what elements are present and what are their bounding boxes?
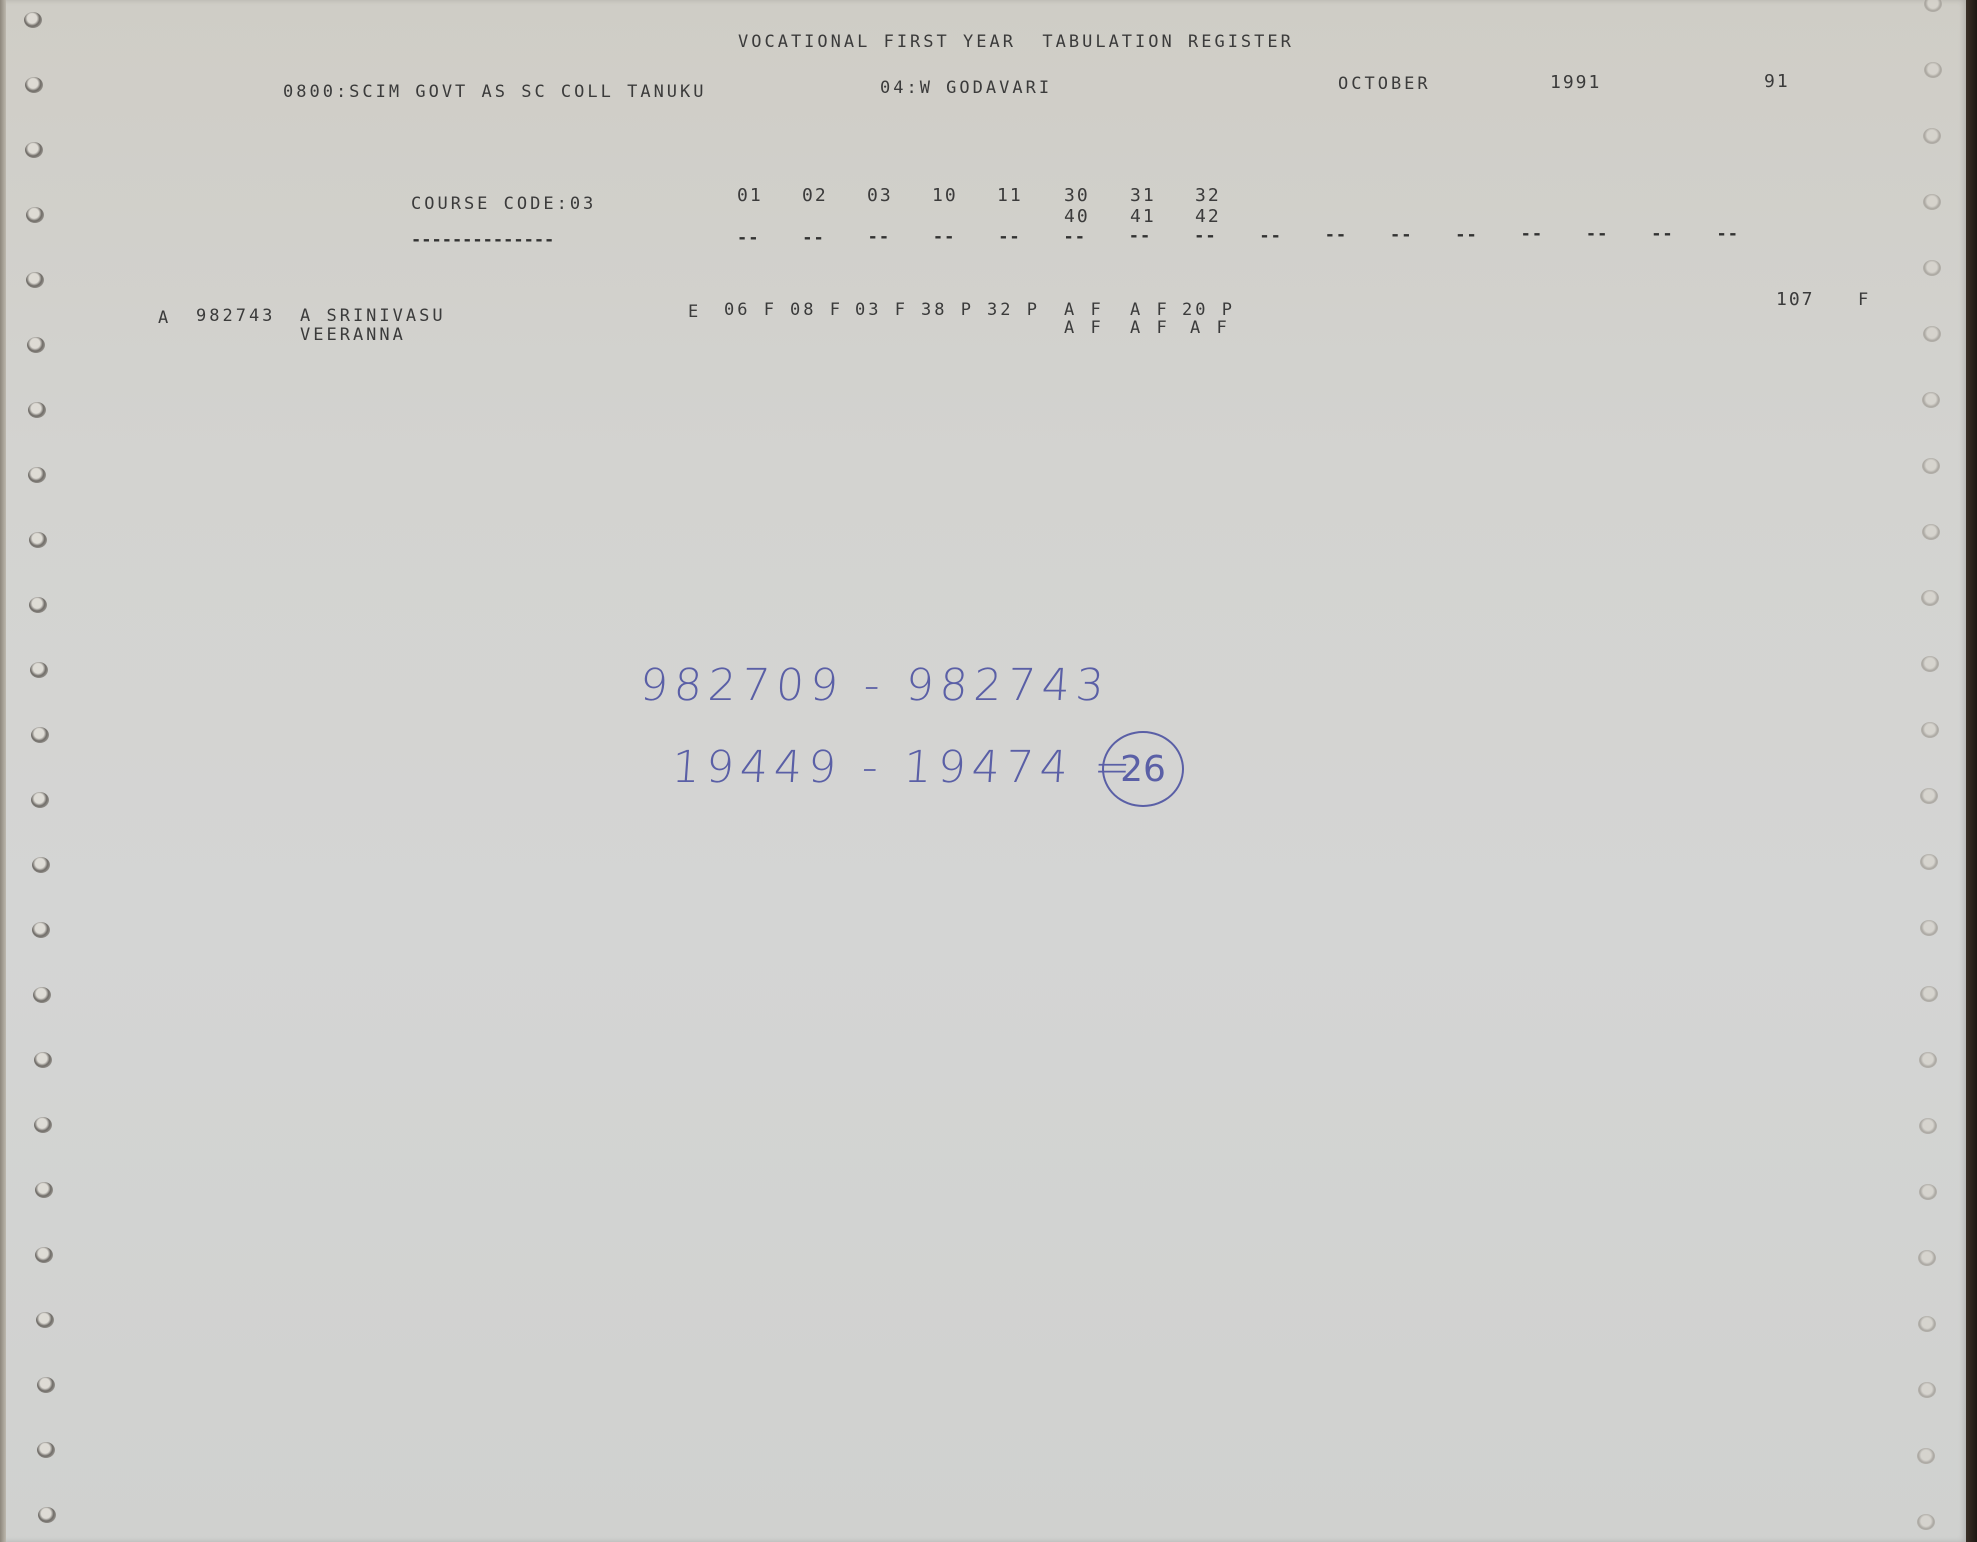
feed-hole-icon bbox=[37, 1442, 55, 1458]
subject-code: 10 bbox=[932, 185, 958, 206]
feed-hole-icon bbox=[1921, 590, 1939, 606]
feed-hole-icon bbox=[1923, 194, 1941, 210]
subject-mark: 06 F bbox=[724, 300, 777, 320]
column-separator: -- bbox=[1651, 224, 1673, 244]
column-separator: -- bbox=[1325, 225, 1347, 245]
feed-hole-icon bbox=[32, 857, 50, 873]
subject-code: 31 bbox=[1130, 185, 1156, 206]
column-separator: -- bbox=[1521, 224, 1543, 244]
column-separator: -- bbox=[737, 228, 759, 248]
subject-code: 03 bbox=[867, 185, 893, 206]
subject-mark: A F bbox=[1064, 300, 1104, 320]
feed-hole-icon bbox=[1918, 1382, 1936, 1398]
handwritten-range-hall-tickets: 982709 - 982743 bbox=[638, 660, 1111, 711]
feed-hole-icon bbox=[1917, 1514, 1935, 1530]
student-category: A bbox=[158, 308, 171, 328]
feed-hole-icon bbox=[35, 1247, 53, 1263]
feed-hole-icon bbox=[25, 77, 43, 93]
subject-mark: 20 P bbox=[1182, 300, 1235, 320]
subject-mark: 38 P bbox=[921, 300, 974, 320]
feed-hole-icon bbox=[35, 1182, 53, 1198]
subject-code: 41 bbox=[1130, 206, 1156, 227]
feed-hole-icon bbox=[29, 597, 47, 613]
handwritten-range-serial: 19449 - 19474 = bbox=[670, 742, 1138, 793]
subject-mark: A F bbox=[1190, 318, 1230, 338]
feed-hole-icon bbox=[1919, 1052, 1937, 1068]
feed-hole-icon bbox=[33, 987, 51, 1003]
feed-hole-icon bbox=[1922, 458, 1940, 474]
subject-code: 40 bbox=[1064, 206, 1090, 227]
final-result: F bbox=[1858, 290, 1871, 310]
column-separator: -- bbox=[1129, 226, 1151, 246]
feed-hole-icon bbox=[31, 727, 49, 743]
feed-hole-icon bbox=[38, 1507, 56, 1523]
column-separator: -- bbox=[868, 227, 890, 247]
feed-hole-icon bbox=[1918, 1250, 1936, 1266]
feed-hole-icon bbox=[1923, 260, 1941, 276]
feed-hole-icon bbox=[1918, 1316, 1936, 1332]
total-marks: 107 bbox=[1776, 289, 1815, 310]
feed-hole-icon bbox=[28, 402, 46, 418]
feed-hole-icon bbox=[26, 272, 44, 288]
subject-code: 32 bbox=[1195, 185, 1221, 206]
exam-year: 1991 bbox=[1550, 72, 1601, 93]
column-separator: -- bbox=[1390, 225, 1412, 245]
subject-code: 30 bbox=[1064, 185, 1090, 206]
subject-code: 11 bbox=[997, 185, 1023, 206]
feed-hole-icon bbox=[1920, 986, 1938, 1002]
father-name: VEERANNA bbox=[300, 325, 406, 345]
feed-hole-icon bbox=[24, 12, 42, 28]
district-code-name: 04:W GODAVARI bbox=[880, 78, 1052, 98]
feed-hole-icon bbox=[1923, 128, 1941, 144]
page-number: 91 bbox=[1764, 71, 1790, 92]
subject-mark: 08 F bbox=[790, 300, 843, 320]
course-code-underline: -------------- bbox=[411, 230, 554, 250]
background-edge bbox=[1966, 0, 1977, 1542]
medium-code: E bbox=[688, 302, 701, 322]
column-separator: -- bbox=[998, 227, 1020, 247]
exam-month: OCTOBER bbox=[1338, 74, 1431, 94]
feed-hole-icon bbox=[37, 1377, 55, 1393]
course-code-label: COURSE CODE:03 bbox=[411, 194, 596, 214]
feed-hole-icon bbox=[1922, 392, 1940, 408]
printout-sheet: VOCATIONAL FIRST YEAR TABULATION REGISTE… bbox=[0, 0, 1968, 1542]
feed-hole-icon bbox=[1919, 1184, 1937, 1200]
feed-hole-icon bbox=[31, 792, 49, 808]
feed-hole-icon bbox=[1919, 1118, 1937, 1134]
feed-hole-icon bbox=[1923, 326, 1941, 342]
feed-hole-icon bbox=[1921, 656, 1939, 672]
column-separator: -- bbox=[1194, 226, 1216, 246]
feed-hole-icon bbox=[36, 1312, 54, 1328]
column-separator: -- bbox=[1455, 225, 1477, 245]
column-separator: -- bbox=[1064, 227, 1086, 247]
feed-hole-icon bbox=[1920, 854, 1938, 870]
column-separator: -- bbox=[1586, 224, 1608, 244]
subject-mark: A F bbox=[1130, 318, 1170, 338]
column-separator: -- bbox=[802, 228, 824, 248]
feed-hole-icon bbox=[28, 467, 46, 483]
subject-mark: A F bbox=[1064, 318, 1104, 338]
feed-hole-icon bbox=[34, 1117, 52, 1133]
column-separator: -- bbox=[1717, 224, 1739, 244]
feed-hole-icon bbox=[1917, 1448, 1935, 1464]
handwritten-circled-count: 26 bbox=[1102, 731, 1184, 807]
college-code-name: 0800:SCIM GOVT AS SC COLL TANUKU bbox=[283, 82, 707, 102]
feed-hole-icon bbox=[1924, 0, 1942, 12]
feed-hole-icon bbox=[29, 532, 47, 548]
feed-hole-icon bbox=[1920, 920, 1938, 936]
subject-code: 42 bbox=[1195, 206, 1221, 227]
subject-mark: 03 F bbox=[855, 300, 908, 320]
feed-hole-icon bbox=[1924, 62, 1942, 78]
feed-hole-icon bbox=[1922, 524, 1940, 540]
hall-ticket-number: 982743 bbox=[196, 306, 275, 326]
feed-hole-icon bbox=[1921, 722, 1939, 738]
feed-hole-icon bbox=[1920, 788, 1938, 804]
report-title: VOCATIONAL FIRST YEAR TABULATION REGISTE… bbox=[738, 32, 1294, 52]
feed-hole-icon bbox=[32, 922, 50, 938]
feed-hole-icon bbox=[25, 142, 43, 158]
feed-hole-icon bbox=[26, 207, 44, 223]
subject-mark: 32 P bbox=[987, 300, 1040, 320]
subject-code: 01 bbox=[737, 185, 763, 206]
subject-mark: A F bbox=[1130, 300, 1170, 320]
feed-hole-icon bbox=[34, 1052, 52, 1068]
student-name: A SRINIVASU bbox=[300, 306, 446, 326]
subject-code: 02 bbox=[802, 185, 828, 206]
column-separator: -- bbox=[933, 227, 955, 247]
column-separator: -- bbox=[1259, 226, 1281, 246]
feed-hole-icon bbox=[30, 662, 48, 678]
feed-hole-icon bbox=[27, 337, 45, 353]
